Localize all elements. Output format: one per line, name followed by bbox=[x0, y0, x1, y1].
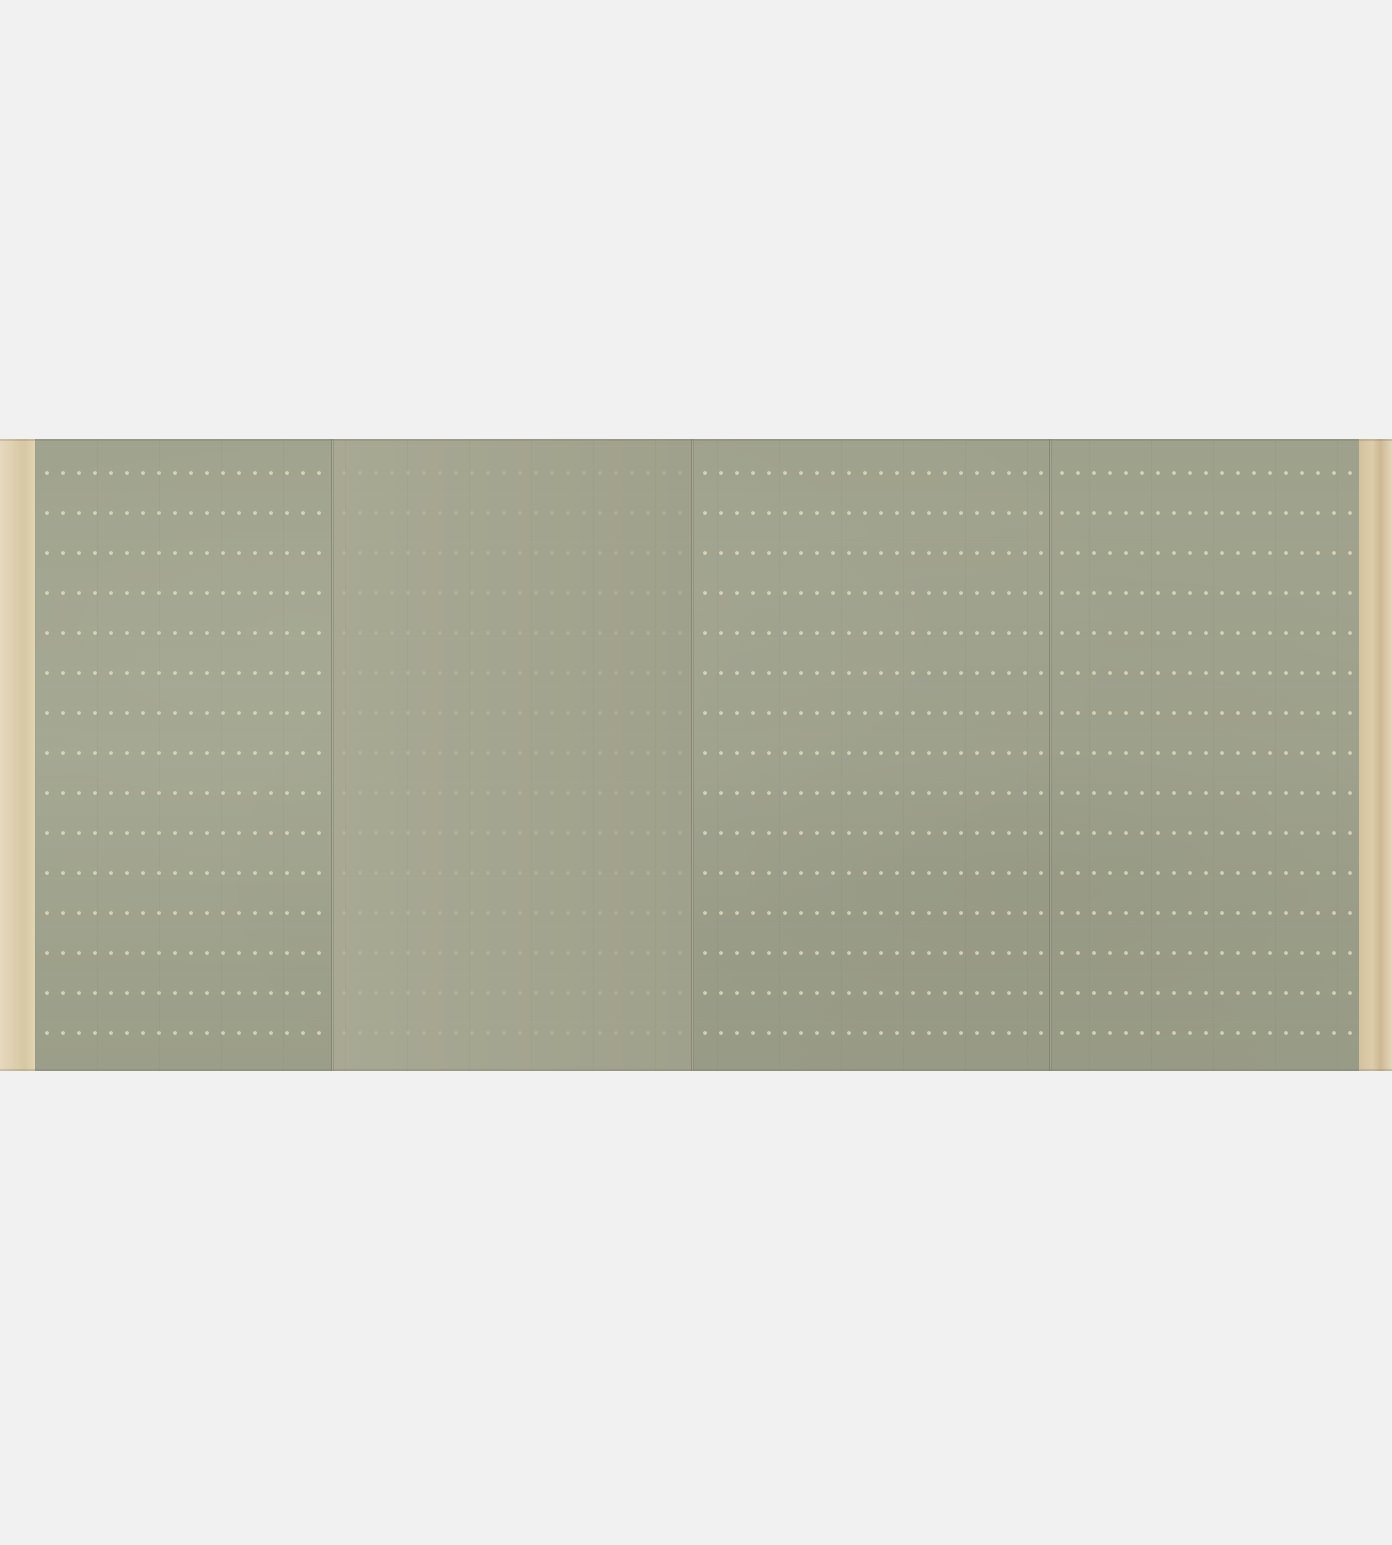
right-zari-border bbox=[1359, 439, 1392, 1071]
fabric-body bbox=[35, 439, 1359, 1071]
fabric-panel-2 bbox=[332, 439, 693, 1071]
butta-pattern-faint bbox=[332, 439, 693, 1071]
fabric-photo bbox=[0, 439, 1392, 1071]
fabric-panel-4 bbox=[1050, 439, 1359, 1071]
fold-line bbox=[331, 439, 334, 1071]
butta-pattern bbox=[693, 439, 1050, 1071]
bottom-edge bbox=[0, 1069, 1392, 1071]
fabric-panel-3 bbox=[693, 439, 1050, 1071]
top-edge bbox=[0, 439, 1392, 441]
butta-pattern bbox=[1050, 439, 1359, 1071]
fold-line bbox=[1049, 439, 1052, 1071]
fabric-panel-1 bbox=[35, 439, 332, 1071]
butta-pattern bbox=[35, 439, 332, 1071]
left-zari-border bbox=[0, 439, 35, 1071]
fold-line bbox=[691, 439, 694, 1071]
